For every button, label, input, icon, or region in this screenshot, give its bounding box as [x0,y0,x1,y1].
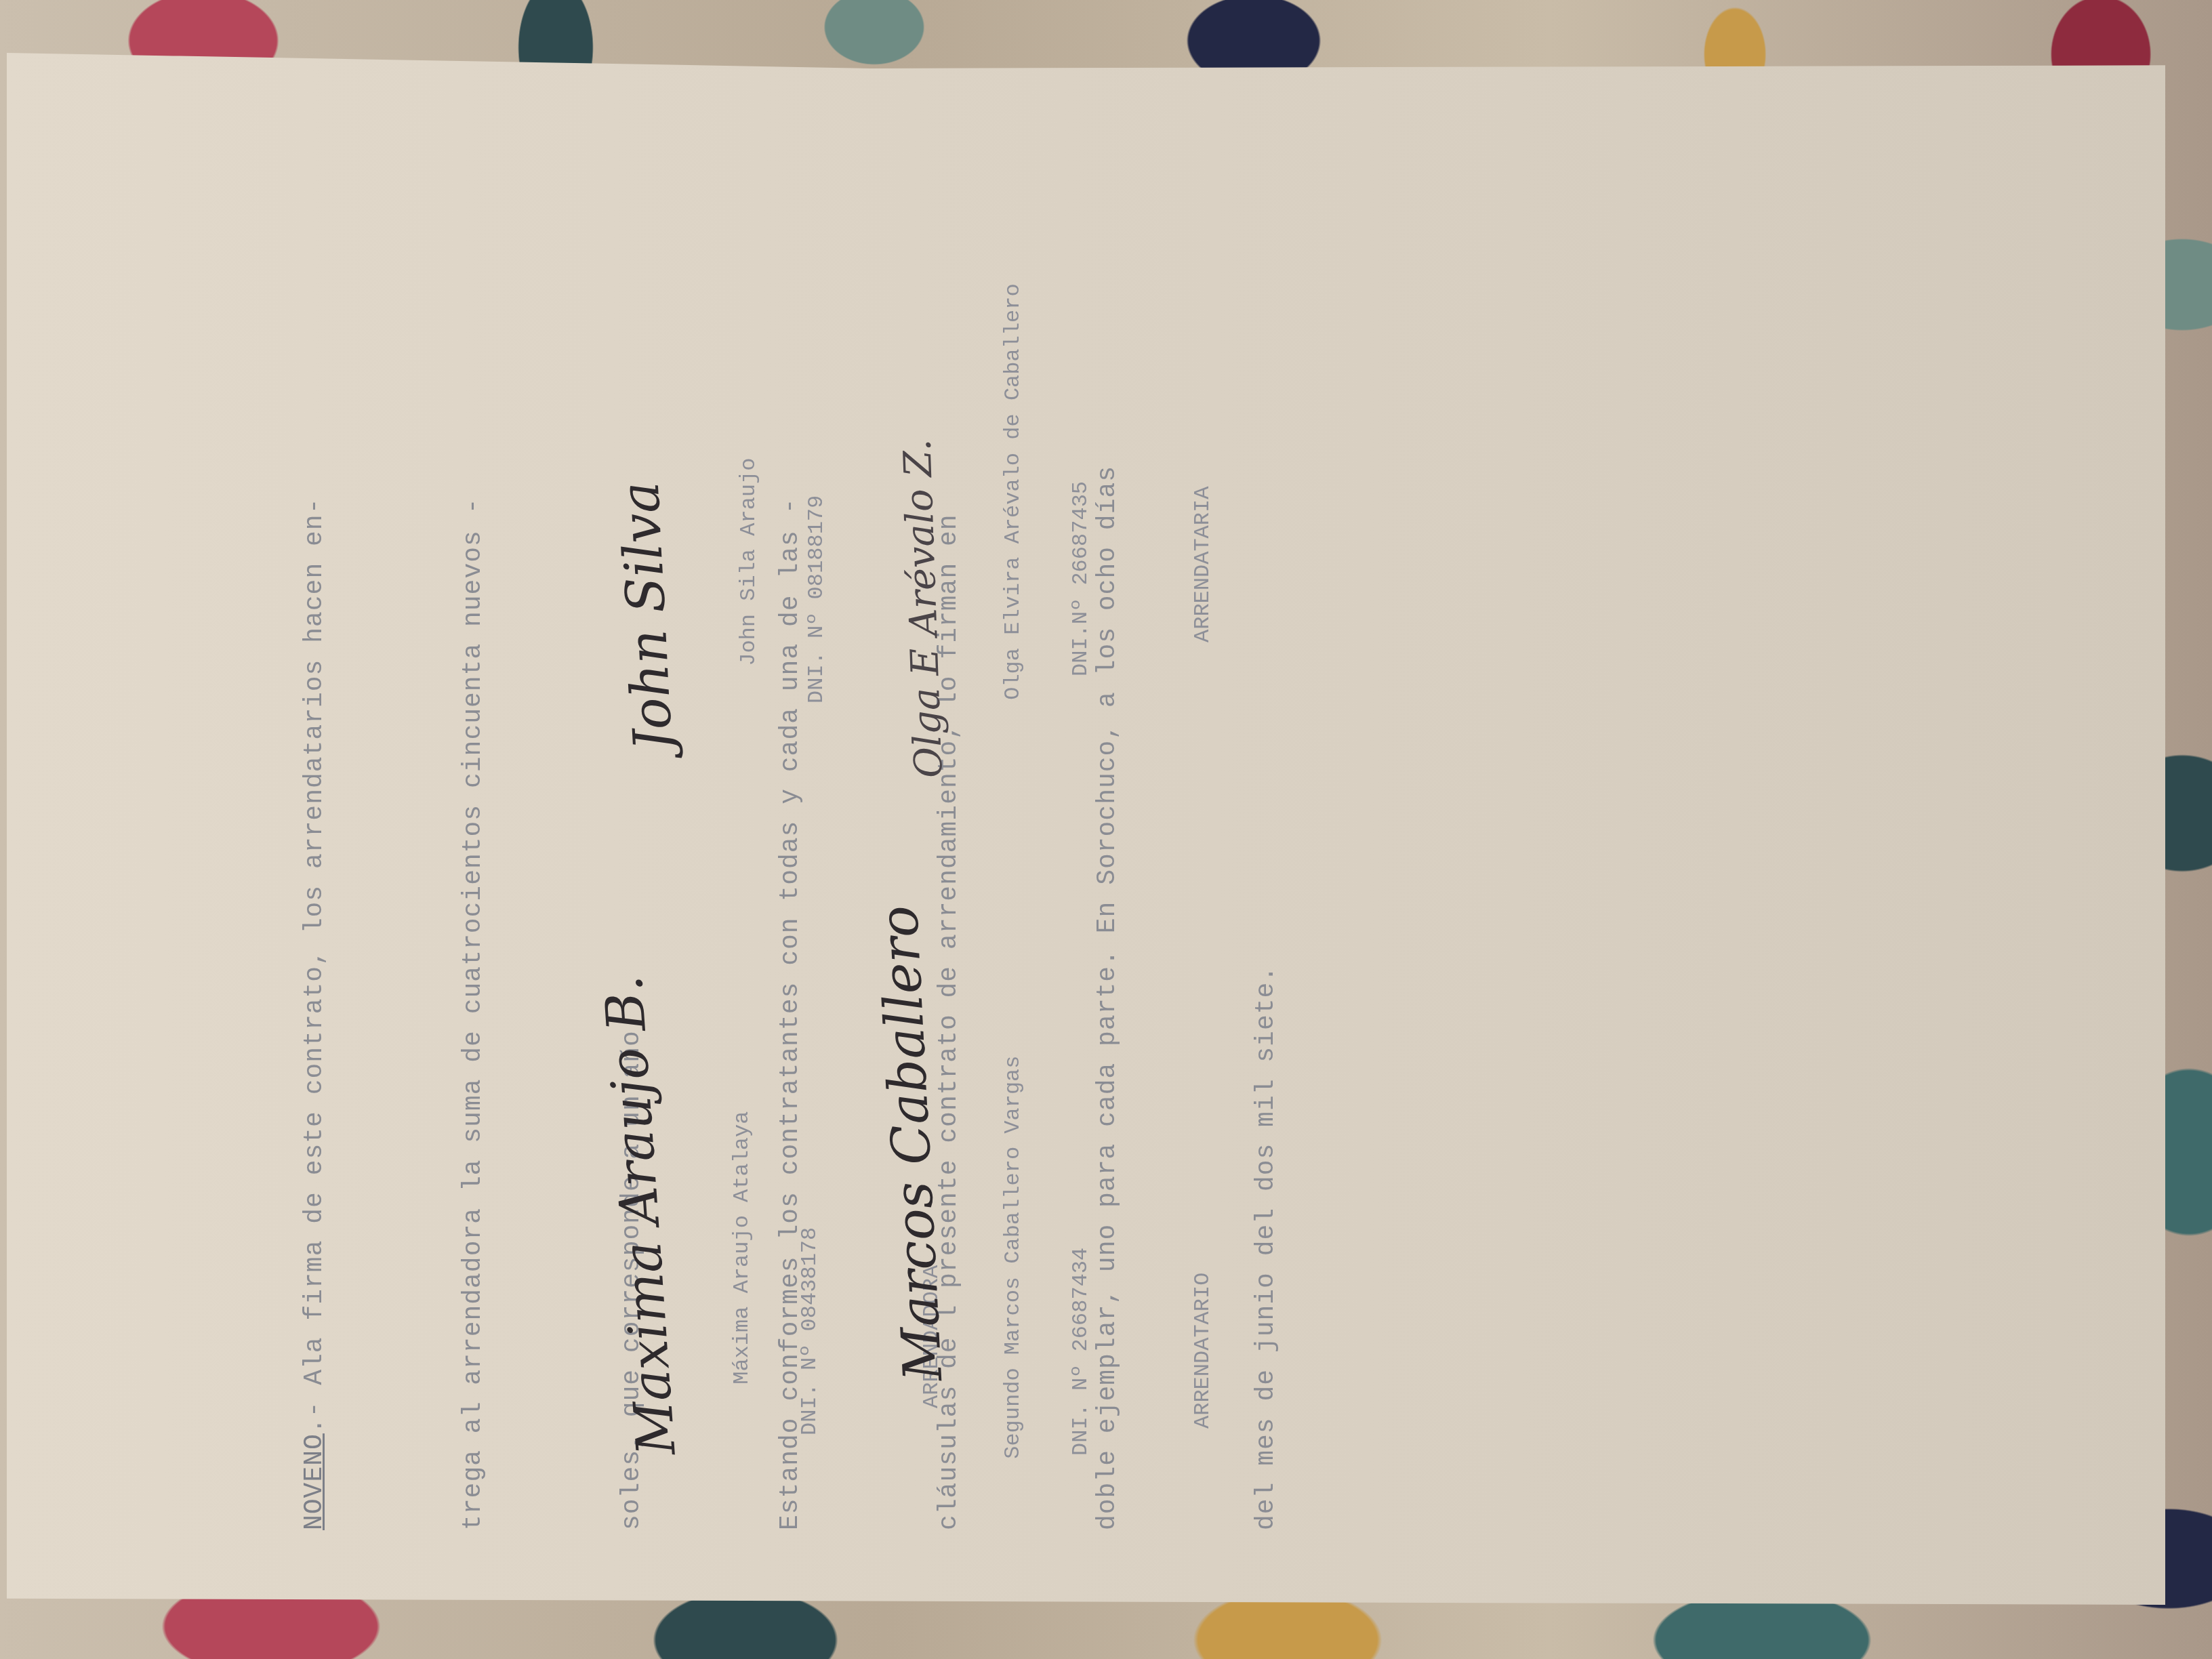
signatory-block-arrendataria: Olga Elvira Arévalo de Caballero DNI.Nº … [962,283,1288,778]
signatory-dni: DNI.Nº 26687435 [1064,283,1098,778]
signatory-dni: DNI. Nº 26687434 [1064,1055,1098,1537]
signatory-role: ARRENDATARIA [1186,283,1220,778]
signatory-name: Segundo Marcos Caballero Vargas [1000,1055,1025,1458]
signatory-name: John Sila Araujo [736,458,761,666]
signatory-name: Olga Elvira Arévalo de Caballero [1000,283,1025,700]
signatory-dni: DNI. Nº 08188179 [800,458,834,744]
signatory-name: Máxima Araujo Atalaya [729,1111,754,1385]
signatory-block-john: John Sila Araujo DNI. Nº 08188179 [698,458,901,744]
signatory-dni: DNI. Nº 08438178 [793,1111,827,1462]
clause-number: NOVENO [300,1433,329,1530]
rotated-page-content: NOVENO.- Ala firma de este contrato, los… [176,236,1193,1557]
text-line: trega al arrendadora la suma de cuatroci… [447,256,500,1530]
contract-page: NOVENO.- Ala firma de este contrato, los… [7,53,2165,1605]
signatory-role: ARRENDATARIO [1186,1055,1220,1537]
text-line: NOVENO.- Ala firma de este contrato, los… [289,256,342,1530]
signatory-block-arrendatario: Segundo Marcos Caballero Vargas DNI. Nº … [962,1055,1288,1537]
